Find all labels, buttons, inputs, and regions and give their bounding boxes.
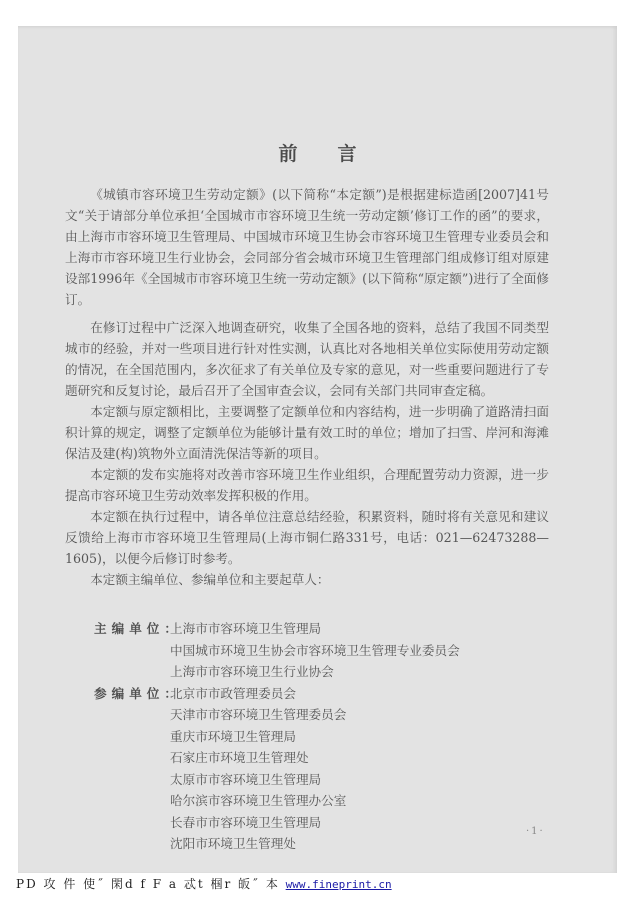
chief-editor-unit: 上海市市容环境卫生管理局 xyxy=(170,618,549,640)
participating-row: 沈阳市环境卫生管理处 xyxy=(65,833,549,855)
paragraph-6: 本定额主编单位、参编单位和主要起草人： xyxy=(65,569,549,590)
paragraph-5: 本定额在执行过程中，请各单位注意总结经验，积累资料，随时将有关意见和建议反馈给上… xyxy=(65,506,549,569)
participating-unit: 北京市市政管理委员会 xyxy=(170,683,549,705)
participating-unit: 沈阳市环境卫生管理处 xyxy=(170,833,549,855)
page-title: 前言 xyxy=(18,139,617,166)
participating-label: 参编单位： xyxy=(65,683,170,705)
chief-editor-unit: 中国城市环境卫生协会市容环境卫生管理专业委员会 xyxy=(170,640,549,662)
chief-editor-row: 中国城市环境卫生协会市容环境卫生管理专业委员会 xyxy=(65,640,549,662)
watermark-text: PD 攻 件 使˝ 閑d f F a 忒t 椢r 皈˝ 本 xyxy=(16,877,280,891)
paragraph-3: 本定额与原定额相比，主要调整了定额单位和内容结构，进一步明确了道路清扫面积计算的… xyxy=(65,401,549,464)
chief-editor-label: 主编单位： xyxy=(65,618,170,640)
participating-unit: 重庆市环境卫生管理局 xyxy=(170,726,549,748)
participating-unit: 哈尔滨市容环境卫生管理办公室 xyxy=(170,790,549,812)
chief-editor-unit: 上海市市容环境卫生行业协会 xyxy=(170,661,549,683)
participating-row: 长春市市容环境卫生管理局 xyxy=(65,812,549,834)
participating-row: 参编单位： 北京市市政管理委员会 xyxy=(65,683,549,705)
participating-unit: 长春市市容环境卫生管理局 xyxy=(170,812,549,834)
chief-editor-row: 上海市市容环境卫生行业协会 xyxy=(65,661,549,683)
paragraph-2: 在修订过程中广泛深入地调查研究，收集了全国各地的资料，总结了我国不同类型城市的经… xyxy=(65,317,549,401)
participating-unit: 太原市市容环境卫生管理局 xyxy=(170,769,549,791)
participating-row: 重庆市环境卫生管理局 xyxy=(65,726,549,748)
participating-unit: 天津市市容环境卫生管理委员会 xyxy=(170,704,549,726)
watermark-link[interactable]: www.fineprint.cn xyxy=(286,878,392,891)
watermark-footer: PD 攻 件 使˝ 閑d f F a 忒t 椢r 皈˝ 本 www.finepr… xyxy=(16,875,392,892)
participating-row: 天津市市容环境卫生管理委员会 xyxy=(65,704,549,726)
paragraph-1: 《城镇市容环境卫生劳动定额》(以下简称“本定额”)是根据建标造函[2007]41… xyxy=(65,184,549,310)
preface-body: 《城镇市容环境卫生劳动定额》(以下简称“本定额”)是根据建标造函[2007]41… xyxy=(65,184,549,590)
participating-unit: 石家庄市环境卫生管理处 xyxy=(170,747,549,769)
paragraph-4: 本定额的发布实施将对改善市容环境卫生作业组织，合理配置劳动力资源，进一步提高市容… xyxy=(65,464,549,506)
chief-editor-row: 主编单位： 上海市市容环境卫生管理局 xyxy=(65,618,549,640)
participating-row: 石家庄市环境卫生管理处 xyxy=(65,747,549,769)
document-page: 前言 《城镇市容环境卫生劳动定额》(以下简称“本定额”)是根据建标造函[2007… xyxy=(18,26,617,873)
participating-row: 哈尔滨市容环境卫生管理办公室 xyxy=(65,790,549,812)
page-number: ·1· xyxy=(526,826,545,837)
editor-units-list: 主编单位： 上海市市容环境卫生管理局 中国城市环境卫生协会市容环境卫生管理专业委… xyxy=(65,618,549,855)
participating-row: 太原市市容环境卫生管理局 xyxy=(65,769,549,791)
